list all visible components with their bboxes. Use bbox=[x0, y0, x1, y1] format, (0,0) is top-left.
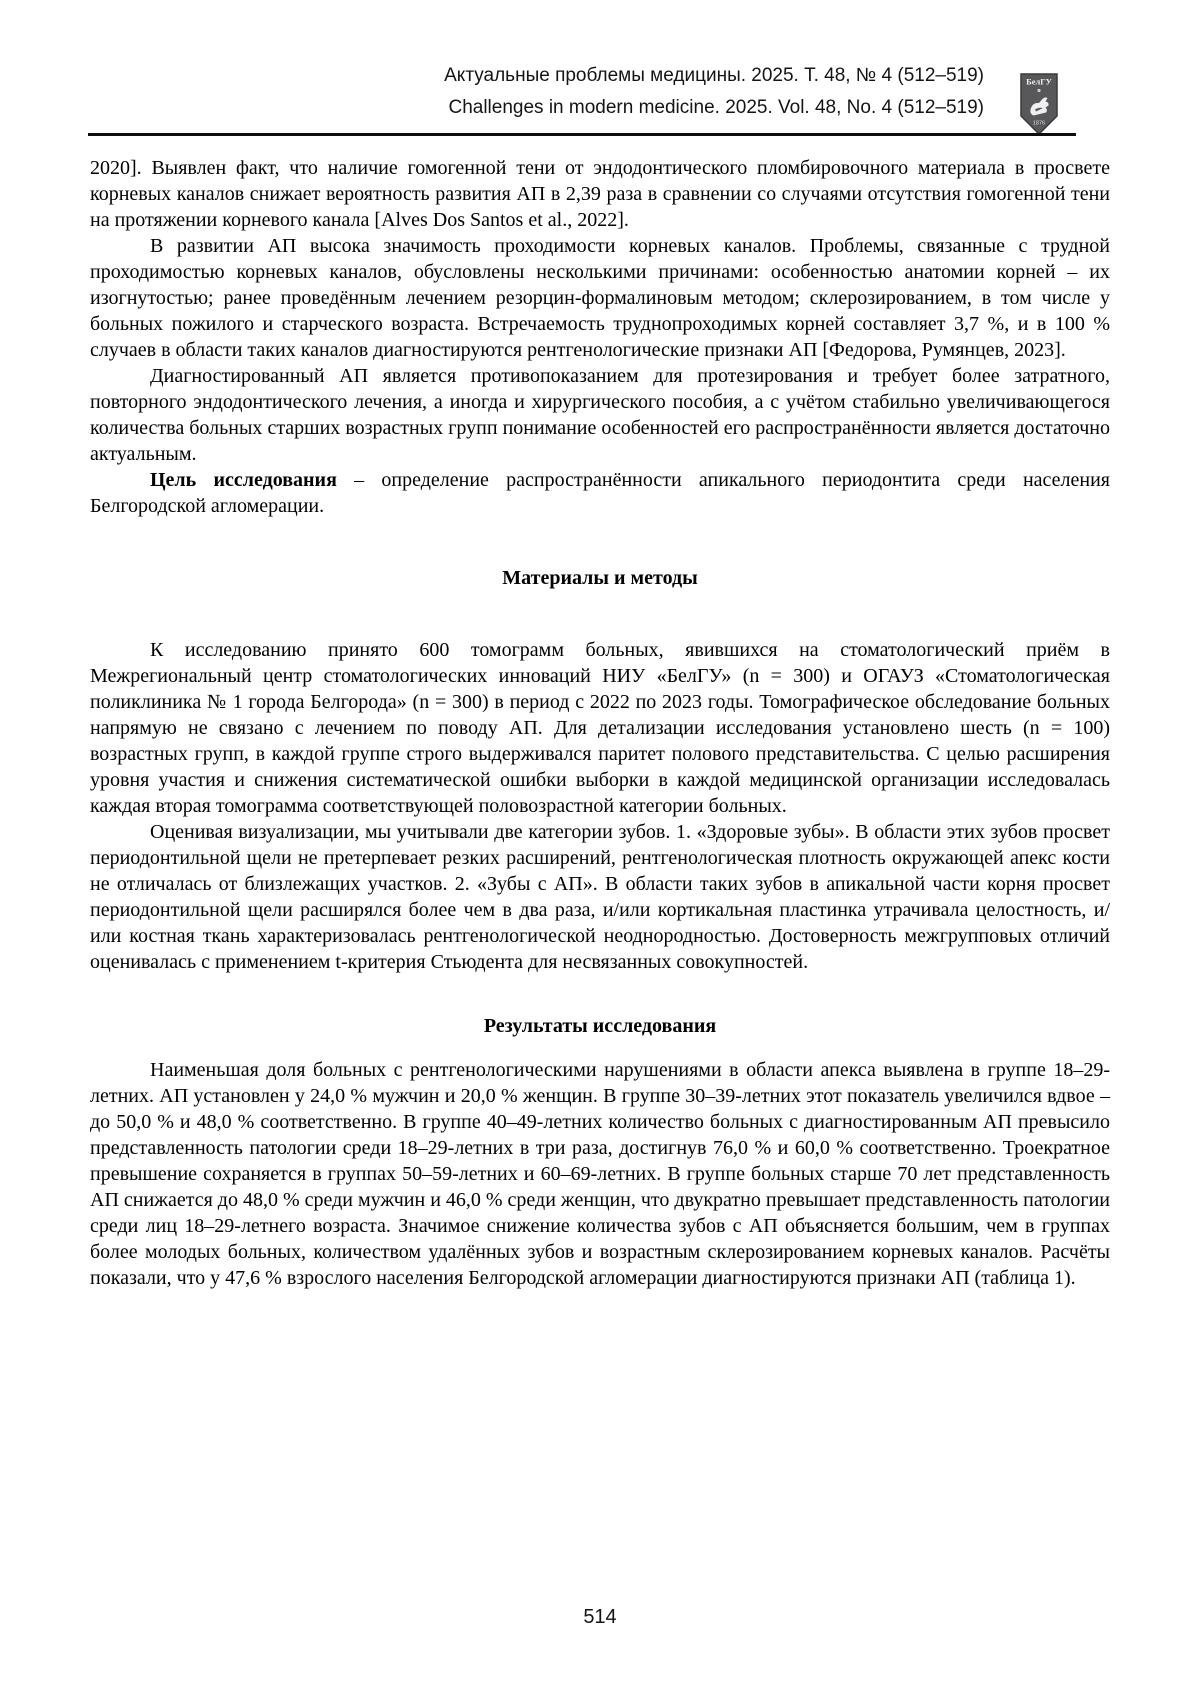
paragraph: Диагностированный АП является противопок… bbox=[90, 363, 1110, 467]
section-heading: Результаты исследования bbox=[90, 1013, 1110, 1039]
logo-year-text: 1876 bbox=[1033, 121, 1045, 127]
paragraph: Наименьшая доля больных с рентгенологиче… bbox=[90, 1057, 1110, 1291]
header-divider bbox=[88, 133, 1076, 136]
belgu-shield-icon: БелГУ 1876 bbox=[1020, 73, 1058, 135]
article-body: 2020]. Выявлен факт, что наличие гомоген… bbox=[90, 155, 1110, 1291]
section-heading: Материалы и методы bbox=[90, 565, 1110, 591]
journal-header: Актуальные проблемы медицины. 2025. Т. 4… bbox=[0, 60, 984, 124]
university-logo: БелГУ 1876 bbox=[1020, 73, 1058, 135]
journal-title-ru: Актуальные проблемы медицины. 2025. Т. 4… bbox=[0, 60, 984, 92]
document-page: Актуальные проблемы медицины. 2025. Т. 4… bbox=[0, 0, 1200, 1697]
logo-abbr-text: БелГУ bbox=[1026, 77, 1053, 87]
paragraph: В развитии АП высока значимость проходим… bbox=[90, 233, 1110, 363]
paragraph: К исследованию принято 600 томограмм бол… bbox=[90, 637, 1110, 819]
paragraph: 2020]. Выявлен факт, что наличие гомоген… bbox=[90, 155, 1110, 233]
paragraph: Цель исследования – определение распрост… bbox=[90, 467, 1110, 519]
paragraph-bold-lead: Цель исследования bbox=[150, 469, 337, 491]
paragraph: Оценивая визуализации, мы учитывали две … bbox=[90, 819, 1110, 975]
journal-title-en: Challenges in modern medicine. 2025. Vol… bbox=[0, 92, 984, 124]
page-number: 514 bbox=[0, 1606, 1200, 1629]
